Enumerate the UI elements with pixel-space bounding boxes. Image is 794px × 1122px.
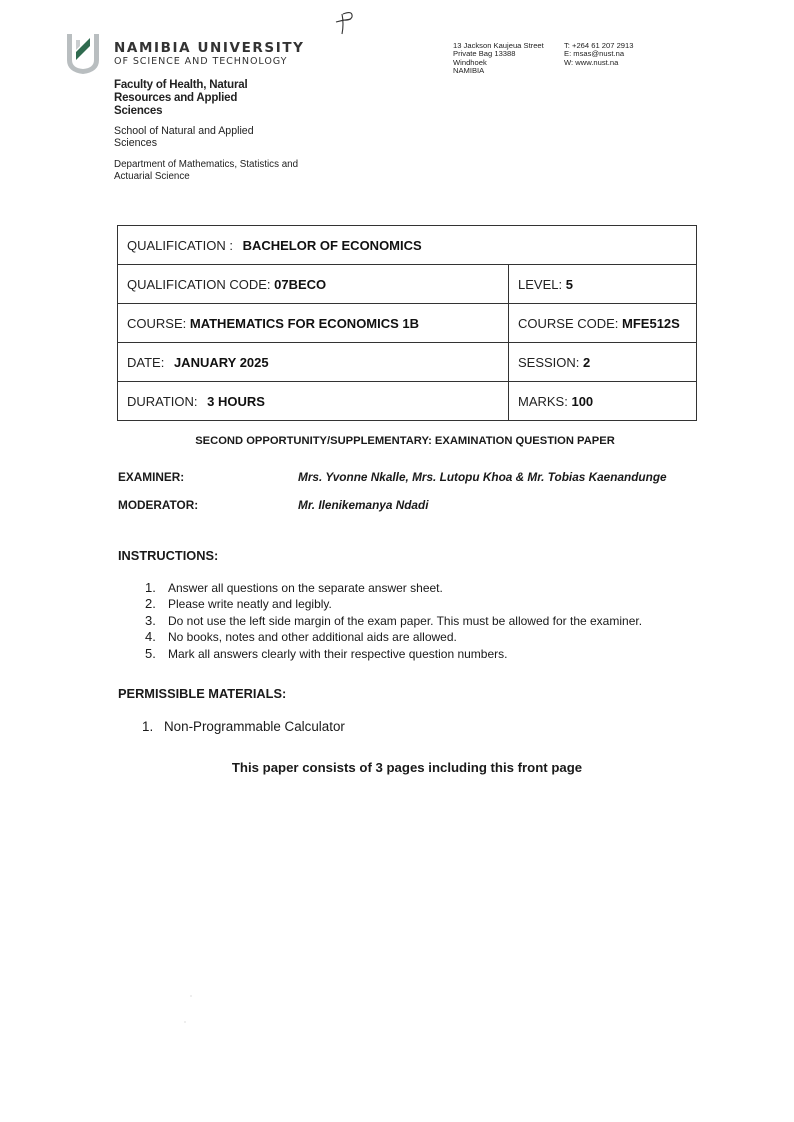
duration-cell: DURATION: 3 HOURS [118,382,509,421]
table-row: QUALIFICATION CODE: 07BECO LEVEL: 5 [118,265,697,304]
contact-details: T: +264 61 207 2913 E: msas@nust.na W: w… [564,42,633,67]
examiner-label: EXAMINER: [118,470,184,484]
list-item: 1.Non-Programmable Calculator [142,719,345,734]
page-count-note: This paper consists of 3 pages including… [0,760,794,775]
qualification-value: BACHELOR OF ECONOMICS [243,238,422,253]
handwritten-initial-icon [333,8,359,36]
date-cell: DATE: JANUARY 2025 [118,343,509,382]
level-value: 5 [566,277,573,292]
course-code-value: MFE512S [622,316,680,331]
marks-cell: MARKS: 100 [509,382,697,421]
postal-address: 13 Jackson Kaujeua Street Private Bag 13… [453,42,544,76]
list-item: 4.No books, notes and other additional a… [145,629,642,645]
department-name: Department of Mathematics, Statistics an… [114,159,314,182]
level-label: LEVEL: [518,277,562,292]
course-label: COURSE: [127,316,186,331]
session-cell: SESSION: 2 [509,343,697,382]
university-shield-logo-icon [63,30,103,76]
table-row: COURSE: MATHEMATICS FOR ECONOMICS 1B COU… [118,304,697,343]
date-value: JANUARY 2025 [174,355,269,370]
course-code-label: COURSE CODE: [518,316,618,331]
list-item: 3.Do not use the left side margin of the… [145,613,642,629]
university-name: NAMIBIA UNIVERSITY [114,40,305,56]
address-line: NAMIBIA [453,67,544,75]
date-label: DATE: [127,355,164,370]
university-subtitle: OF SCIENCE AND TECHNOLOGY [114,56,287,67]
school-name: School of Natural and Applied Sciences [114,126,284,149]
marks-label: MARKS: [518,394,568,409]
course-code-cell: COURSE CODE: MFE512S [509,304,697,343]
qualification-cell: QUALIFICATION : BACHELOR OF ECONOMICS [118,226,697,265]
qualification-code-label: QUALIFICATION CODE: [127,277,271,292]
materials-list: 1.Non-Programmable Calculator [142,719,345,734]
exam-front-page: NAMIBIA UNIVERSITY OF SCIENCE AND TECHNO… [0,0,794,1122]
duration-label: DURATION: [127,394,198,409]
level-cell: LEVEL: 5 [509,265,697,304]
session-label: SESSION: [518,355,579,370]
paper-title: SECOND OPPORTUNITY/SUPPLEMENTARY: EXAMIN… [0,435,794,447]
table-row: QUALIFICATION : BACHELOR OF ECONOMICS [118,226,697,265]
qualification-code-value: 07BECO [274,277,326,292]
contact-website: W: www.nust.na [564,59,633,67]
table-row: DATE: JANUARY 2025 SESSION: 2 [118,343,697,382]
examiner-names: Mrs. Yvonne Nkalle, Mrs. Lutopu Khoa & M… [298,470,667,484]
qualification-code-cell: QUALIFICATION CODE: 07BECO [118,265,509,304]
scan-artifact [184,1021,186,1023]
materials-heading: PERMISSIBLE MATERIALS: [118,686,286,701]
list-item: 1.Answer all questions on the separate a… [145,580,642,596]
list-item: 5.Mark all answers clearly with their re… [145,646,642,662]
table-row: DURATION: 3 HOURS MARKS: 100 [118,382,697,421]
session-value: 2 [583,355,590,370]
scan-artifact [190,995,192,997]
course-value: MATHEMATICS FOR ECONOMICS 1B [190,316,419,331]
course-cell: COURSE: MATHEMATICS FOR ECONOMICS 1B [118,304,509,343]
instructions-heading: INSTRUCTIONS: [118,548,218,563]
exam-info-table: QUALIFICATION : BACHELOR OF ECONOMICS QU… [117,225,697,421]
moderator-name: Mr. Ilenikemanya Ndadi [298,498,428,512]
marks-value: 100 [571,394,593,409]
moderator-label: MODERATOR: [118,498,198,512]
faculty-name: Faculty of Health, Natural Resources and… [114,79,284,118]
list-item: 2.Please write neatly and legibly. [145,596,642,612]
instructions-list: 1.Answer all questions on the separate a… [145,580,642,662]
duration-value: 3 HOURS [207,394,265,409]
qualification-label: QUALIFICATION : [127,238,233,253]
